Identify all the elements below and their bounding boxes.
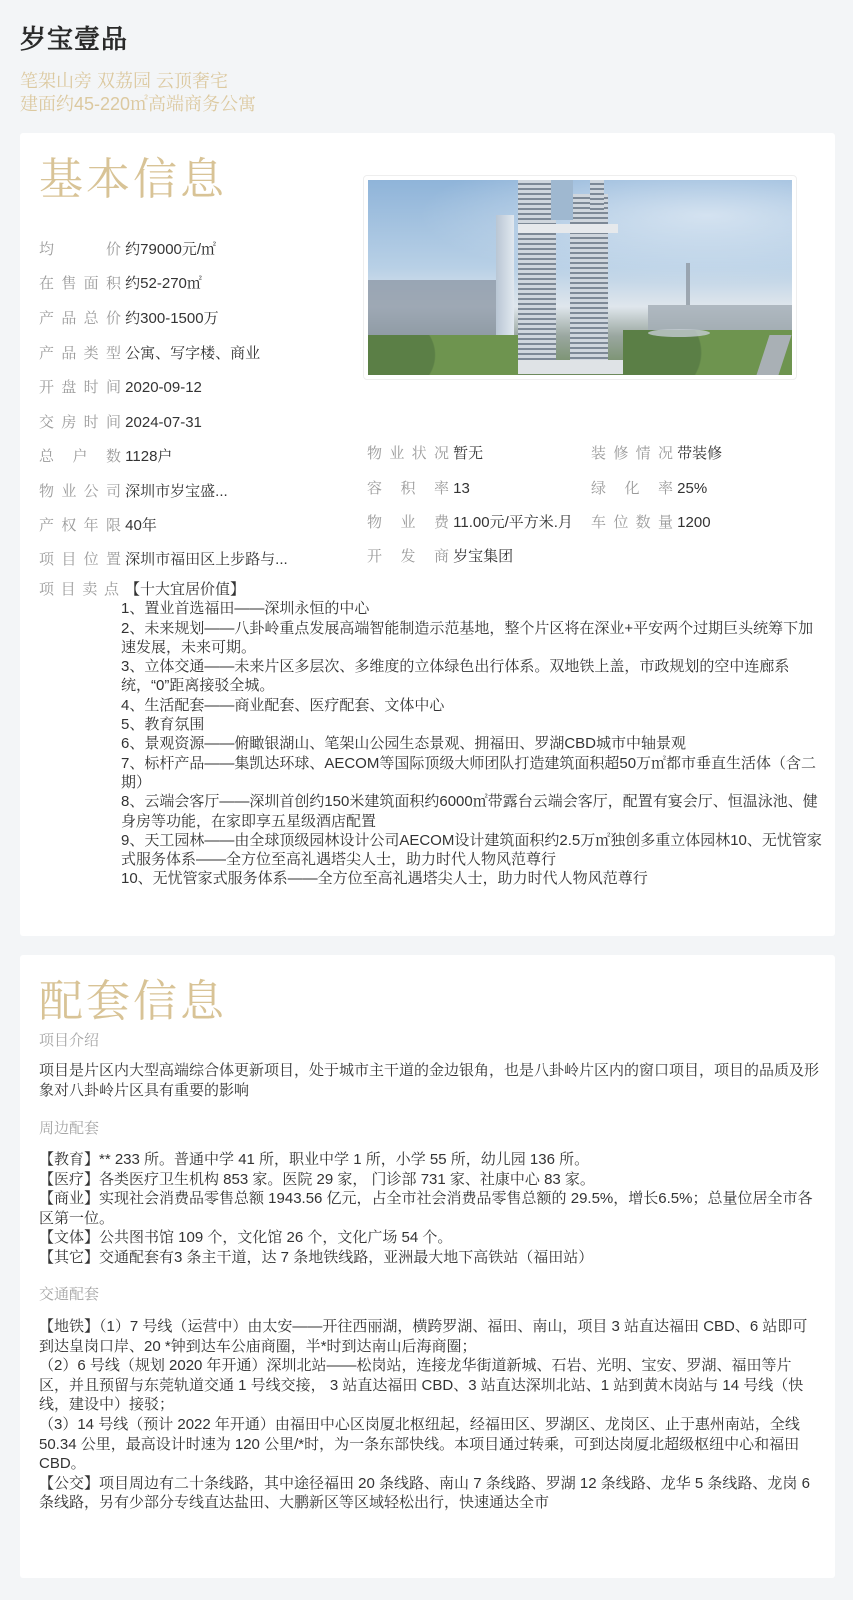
field-label: 在售面积 — [39, 273, 121, 295]
field-product-type: 产品类型 公寓、写字楼、商业 — [39, 343, 260, 365]
surroundings-title: 周边配套 — [39, 1119, 99, 1139]
selling-point-item: 6、景观资源——俯瞰银湖山、笔架山公园生态景观、拥福田、罗湖CBD城市中轴景观 — [121, 734, 824, 753]
field-label: 项目位置 — [39, 549, 121, 571]
field-label: 物业状况 — [367, 443, 449, 465]
selling-point-item: 4、生活配套——商业配套、医疗配套、文体中心 — [121, 696, 824, 715]
field-value: 2020-09-12 — [125, 379, 202, 396]
hero-image[interactable] — [363, 175, 797, 380]
field-value: 1128户 — [125, 448, 172, 465]
field-parking-spaces: 车位数量 1200 — [591, 512, 711, 534]
field-households: 总户数 1128户 — [39, 446, 172, 468]
transport-item-metro-line7: 【地铁】（1）7 号线（运营中）由太安——开往西丽湖，横跨罗湖、福田、南山，项目… — [39, 1317, 819, 1356]
field-label: 装修情况 — [591, 443, 673, 465]
selling-points-body: 【十大宜居价值】 1、置业首选福田——深圳永恒的中心 2、未来规划——八卦岭重点… — [121, 580, 824, 889]
selling-points: 项目卖点 【十大宜居价值】 1、置业首选福田——深圳永恒的中心 2、未来规划——… — [39, 580, 824, 889]
field-label: 物业费 — [367, 512, 449, 534]
field-value: 深圳市岁宝盛... — [125, 483, 228, 500]
field-plot-ratio: 容积率 13 — [367, 478, 470, 500]
field-label: 开盘时间 — [39, 377, 121, 399]
selling-point-item: 9、天工园林——由全球顶级园林设计公司AECOM设计建筑面积约2.5万㎡独创多重… — [121, 831, 824, 870]
section-title-support-info: 配套信息 — [39, 974, 227, 1030]
field-value: 13 — [453, 480, 470, 497]
field-label: 物业公司 — [39, 481, 121, 503]
selling-points-label: 项目卖点 — [39, 580, 119, 599]
field-label: 交房时间 — [39, 412, 121, 434]
intro-title: 项目介绍 — [39, 1031, 99, 1051]
field-value: 40年 — [125, 517, 157, 534]
field-label: 产品总价 — [39, 308, 121, 330]
field-property-company[interactable]: 物业公司 深圳市岁宝盛... — [39, 481, 228, 503]
transport-title: 交通配套 — [39, 1285, 99, 1305]
field-label: 开发商 — [367, 546, 449, 568]
project-tagline: 笔架山旁 双荔园 云顶奢宅 建面约45-220㎡高端商务公寓 — [20, 70, 833, 116]
field-value: 深圳市福田区上步路与... — [125, 551, 288, 568]
field-value: 岁宝集团 — [453, 548, 513, 565]
transport-list: 【地铁】（1）7 号线（运营中）由太安——开往西丽湖，横跨罗湖、福田、南山，项目… — [39, 1317, 819, 1513]
field-label: 总户数 — [39, 446, 121, 468]
field-avg-price: 均价 约79000元/㎡ — [39, 239, 216, 261]
selling-points-heading: 【十大宜居价值】 — [125, 580, 824, 599]
field-label: 车位数量 — [591, 512, 673, 534]
field-label: 产权年限 — [39, 515, 121, 537]
basic-info-card: 基本信息 均价 约79000元/㎡ 在售面积 约52-270㎡ 产品总价 — [20, 133, 835, 936]
selling-point-item: 8、云端会客厅——深圳首创约150米建筑面积约6000㎡带露台云端会客厅，配置有… — [121, 792, 824, 831]
selling-point-item: 3、立体交通——未来片区多层次、多维度的立体绿色出行体系。双地铁上盖，市政规划的… — [121, 657, 824, 696]
building-rendering-image — [368, 180, 792, 375]
field-value: 约79000元/㎡ — [125, 241, 216, 258]
selling-point-item: 5、教育氛围 — [121, 715, 824, 734]
support-info-card: 配套信息 项目介绍 项目是片区内大型高端综合体更新项目，处于城市主干道的金边银角… — [20, 955, 835, 1578]
field-location[interactable]: 项目位置 深圳市福田区上步路与... — [39, 549, 288, 571]
tagline-line-2: 建面约45-220㎡高端商务公寓 — [20, 93, 833, 116]
field-label: 产品类型 — [39, 343, 121, 365]
field-greening-rate: 绿化率 25% — [591, 478, 707, 500]
field-value: 约52-270㎡ — [125, 275, 202, 292]
field-opening-date: 开盘时间 2020-09-12 — [39, 377, 202, 399]
field-value: 带装修 — [677, 445, 722, 462]
transport-item-metro-line6: （2）6 号线（规划 2020 年开通）深圳北站——松岗站，连接龙华街道新城、石… — [39, 1356, 819, 1415]
field-developer: 开发商 岁宝集团 — [367, 546, 513, 568]
surroundings-item-commerce: 【商业】实现社会消费品零售总额 1943.56 亿元，占全市社会消费品零售总额的… — [39, 1189, 819, 1228]
field-value: 公寓、写字楼、商业 — [125, 345, 260, 362]
surroundings-list: 【教育】** 233 所。普通中学 41 所，职业中学 1 所，小学 55 所，… — [39, 1150, 819, 1268]
field-label: 均价 — [39, 239, 121, 261]
intro-text: 项目是片区内大型高端综合体更新项目，处于城市主干道的金边银角，也是八卦岭片区内的… — [39, 1061, 819, 1100]
field-total-price: 产品总价 约300-1500万 — [39, 308, 219, 330]
field-value: 11.00元/平方米.月 — [453, 514, 573, 531]
surroundings-item-other: 【其它】交通配套有3 条主干道，达 7 条地铁线路，亚洲最大地下高铁站（福田站） — [39, 1248, 819, 1268]
project-title: 岁宝壹品 — [20, 22, 833, 56]
selling-point-item: 2、未来规划——八卦岭重点发展高端智能制造示范基地，整个片区将在深业+平安两个过… — [121, 619, 824, 658]
field-value: 2024-07-31 — [125, 414, 202, 431]
field-property-status: 物业状况 暂无 — [367, 443, 483, 465]
field-delivery-date: 交房时间 2024-07-31 — [39, 412, 202, 434]
field-decoration: 装修情况 带装修 — [591, 443, 722, 465]
section-title-basic-info: 基本信息 — [39, 152, 227, 208]
transport-item-metro-line14: （3）14 号线（预计 2022 年开通）由福田中心区岗厦北枢纽起，经福田区、罗… — [39, 1415, 819, 1474]
selling-point-item: 7、标杆产品——集凯达环球、AECOM等国际顶级大师团队打造建筑面积超50万㎡都… — [121, 754, 824, 793]
selling-point-item: 10、无忧管家式服务体系——全方位至高礼遇塔尖人士，助力时代人物风范尊行 — [121, 869, 824, 888]
field-value: 约300-1500万 — [125, 310, 218, 327]
field-property-fee: 物业费 11.00元/平方米.月 — [367, 512, 573, 534]
field-sale-area: 在售面积 约52-270㎡ — [39, 273, 202, 295]
surroundings-item-culture: 【文体】公共图书馆 109 个，文化馆 26 个，文化广场 54 个。 — [39, 1228, 819, 1248]
field-property-term: 产权年限 40年 — [39, 515, 157, 537]
page-header: 岁宝壹品 笔架山旁 双荔园 云顶奢宅 建面约45-220㎡高端商务公寓 — [0, 0, 853, 132]
surroundings-item-education: 【教育】** 233 所。普通中学 41 所，职业中学 1 所，小学 55 所，… — [39, 1150, 819, 1170]
tagline-line-1: 笔架山旁 双荔园 云顶奢宅 — [20, 70, 833, 93]
selling-point-item: 1、置业首选福田——深圳永恒的中心 — [121, 599, 824, 618]
transport-item-bus: 【公交】项目周边有二十条线路，其中途径福田 20 条线路、南山 7 条线路、罗湖… — [39, 1474, 819, 1513]
field-value: 25% — [677, 480, 707, 497]
surroundings-item-medical: 【医疗】各类医疗卫生机构 853 家。医院 29 家， 门诊部 731 家、社康… — [39, 1170, 819, 1190]
field-label: 容积率 — [367, 478, 449, 500]
field-value: 1200 — [677, 514, 710, 531]
field-value: 暂无 — [453, 445, 483, 462]
field-label: 绿化率 — [591, 478, 673, 500]
